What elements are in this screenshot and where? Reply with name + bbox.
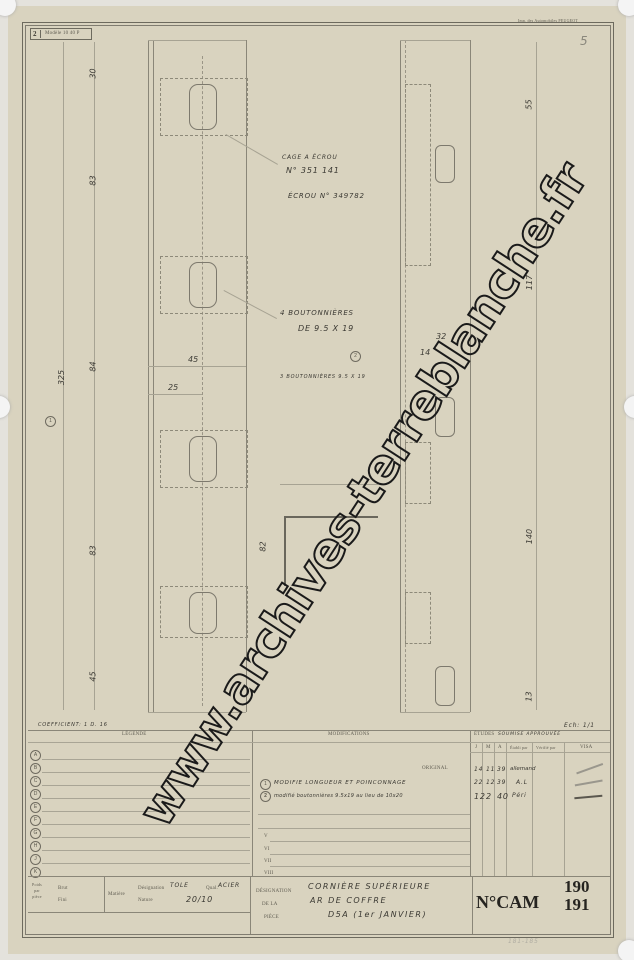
note-cage-line2: N° 351 141: [286, 166, 340, 175]
row1-etabli: allemand: [510, 766, 536, 772]
legend-marker-f: F: [30, 815, 41, 826]
row1-m: 11: [486, 766, 495, 773]
footer-div-1: [104, 876, 105, 912]
dim-right-4: 13: [525, 691, 534, 701]
col-etabli: Établi par: [510, 745, 528, 750]
mod-line: [258, 814, 470, 815]
right-cage-3: [405, 592, 431, 644]
legend-title: LÉGENDE: [122, 732, 146, 737]
footer-div-2: [250, 876, 251, 934]
row1-j: 14: [474, 766, 483, 773]
callout-marker: 2: [350, 351, 361, 362]
etudes-header-line: [470, 742, 610, 743]
right-view-outer-left: [400, 40, 401, 712]
legend-divider: [252, 730, 253, 876]
right-slot-1: [435, 145, 455, 183]
mod-marker-1: 1: [260, 779, 271, 790]
legend-marker-e: E: [30, 802, 41, 813]
left-view-outer-left: [148, 40, 149, 712]
mod-line: [258, 828, 470, 829]
footer-top: [28, 876, 610, 877]
fini-label: Fini: [58, 898, 67, 903]
slot-3: [189, 436, 217, 482]
legend-marker-a: A: [30, 750, 41, 761]
col-visa: VISA: [580, 745, 592, 750]
legend-marker-d: D: [30, 789, 41, 800]
note-cage-line1: CAGE A ÉCROU: [282, 154, 338, 161]
piece-label-1: DÉSIGNATION: [256, 889, 292, 894]
left-view-inner-left: [153, 40, 154, 712]
dim-line-45: [148, 366, 246, 367]
legend-line: [42, 837, 250, 838]
row1-a: 39: [497, 766, 506, 773]
slot-1: [189, 84, 217, 130]
legend-line: [42, 772, 250, 773]
col-j: J: [475, 745, 477, 750]
col-divider: [494, 742, 495, 876]
etudes-handwritten-header: SOUMISE APPROUVÉE: [498, 732, 561, 737]
dim-seg-1: 30: [89, 68, 98, 78]
pencil-note: 181-185: [508, 938, 539, 945]
poids-label: Poids par pièce: [30, 882, 44, 900]
dim-seg-5: 45: [89, 671, 98, 681]
legend-marker-c: C: [30, 776, 41, 787]
row2-a: 39: [497, 779, 506, 786]
col-verifie: Vérifié par: [536, 745, 556, 750]
dim-right-3: 140: [525, 529, 534, 544]
row3-a: 40: [497, 792, 509, 801]
note-boutonnieres-line1: 4 BOUTONNIÈRES: [280, 309, 354, 317]
mod-row-vii: VII: [264, 859, 272, 864]
row3-etabli: Péri: [512, 792, 527, 799]
legend-marker-b: B: [30, 763, 41, 774]
coefficient: COEFFICIENT: 1 D. 16: [38, 722, 108, 728]
legend-marker-j: J: [30, 854, 41, 865]
col-divider: [482, 742, 483, 876]
row2-m: 12: [486, 779, 495, 786]
footer-mid: [28, 912, 250, 913]
mod-line: [270, 854, 470, 855]
col-divider: [564, 742, 565, 876]
legend-line: [42, 850, 250, 851]
designation-label: Désignation: [138, 886, 164, 891]
col-divider: [506, 742, 507, 876]
cam-number-top: 190: [564, 878, 590, 895]
qual-label: Qual.: [206, 886, 218, 891]
dim-width-inner: 25: [168, 383, 178, 392]
right-cage-1: [405, 84, 431, 266]
piece-line-1: CORNIÈRE SUPÉRIEURE: [308, 882, 431, 891]
row2-j: 22: [474, 779, 483, 786]
legend-line: [42, 824, 250, 825]
legend-line: [42, 863, 250, 864]
left-view-top: [148, 40, 246, 41]
cam-label: N°CAM: [476, 892, 539, 913]
piece-line-3: D5A (1er JANVIER): [328, 910, 427, 919]
dim-right-1: 55: [525, 99, 534, 109]
mod-row-v: V: [264, 834, 268, 839]
matiere-label: Matière: [108, 892, 125, 897]
title-block-top: [28, 730, 610, 731]
designation-value: TOLE: [170, 882, 189, 889]
note-ecrou: ÉCROU N° 349782: [288, 192, 365, 200]
echelle: Ech: 1/1: [564, 722, 595, 729]
piece-label-3: PIÈCE: [264, 915, 279, 920]
brut-label: Brut: [58, 886, 68, 891]
right-view-top: [400, 40, 470, 41]
right-slot-3: [435, 666, 455, 706]
row3-m: 2: [486, 792, 492, 801]
legend-marker-g: G: [30, 828, 41, 839]
note-boutonnieres-line2: DE 9.5 X 19: [298, 324, 354, 333]
dim-width-outer: 45: [188, 355, 198, 364]
mod-line: [270, 841, 470, 842]
pin-bottom-right: [618, 940, 634, 960]
dim-seg-3: 84: [89, 361, 98, 371]
dim-seg-2: 83: [89, 175, 98, 185]
piece-line-2: AR DE COFFRE: [310, 896, 387, 905]
mod-entry-1: MODIFIE LONGUEUR ET POINCONNAGE: [274, 780, 406, 786]
mod-marker-2: 2: [260, 791, 271, 802]
col-divider: [532, 742, 533, 876]
row3-j: 12: [474, 792, 486, 801]
footer-div-3: [472, 876, 473, 934]
dim-seg-4: 83: [89, 545, 98, 555]
note-boutonnieres-3: 3 BOUTONNIÈRES 9.5 X 19: [280, 374, 366, 380]
dim-line-segments: [94, 42, 95, 710]
nature-value: 20/10: [186, 895, 213, 904]
modifications-title: MODIFICATIONS: [328, 732, 370, 737]
col-m: M: [486, 745, 491, 750]
dim-line-25: [148, 394, 202, 395]
original-label: ORIGINAL: [422, 766, 448, 771]
right-view-bottom: [400, 712, 470, 713]
part-marker: 1: [45, 416, 56, 427]
drawing-sheet: 2 Modèle 10 40 P Imp. des Automobiles PE…: [8, 6, 626, 954]
nature-label: Nature: [138, 898, 153, 903]
mod-line: [270, 866, 470, 867]
etudes-col-header-line: [470, 752, 610, 753]
dim-overall: 325: [57, 370, 66, 385]
piece-label-2: DE LA: [262, 902, 278, 907]
slot-4: [189, 592, 217, 634]
legend-marker-h: H: [30, 841, 41, 852]
dim-line-right: [536, 42, 537, 710]
dim-small-82: 82: [259, 541, 268, 551]
mod-entry-2: modifié boutonnières 9.5x19 au lieu de 1…: [274, 793, 403, 799]
cam-number-bottom: 191: [564, 896, 590, 913]
etudes-title: ÉTUDES: [474, 732, 494, 737]
modifications-header-line: [252, 742, 470, 743]
slot-2: [189, 262, 217, 308]
mod-row-vi: VI: [264, 847, 270, 852]
qual-value: ACIER: [218, 882, 240, 889]
row2-etabli: A.L: [516, 779, 528, 786]
col-a: A: [498, 745, 502, 750]
